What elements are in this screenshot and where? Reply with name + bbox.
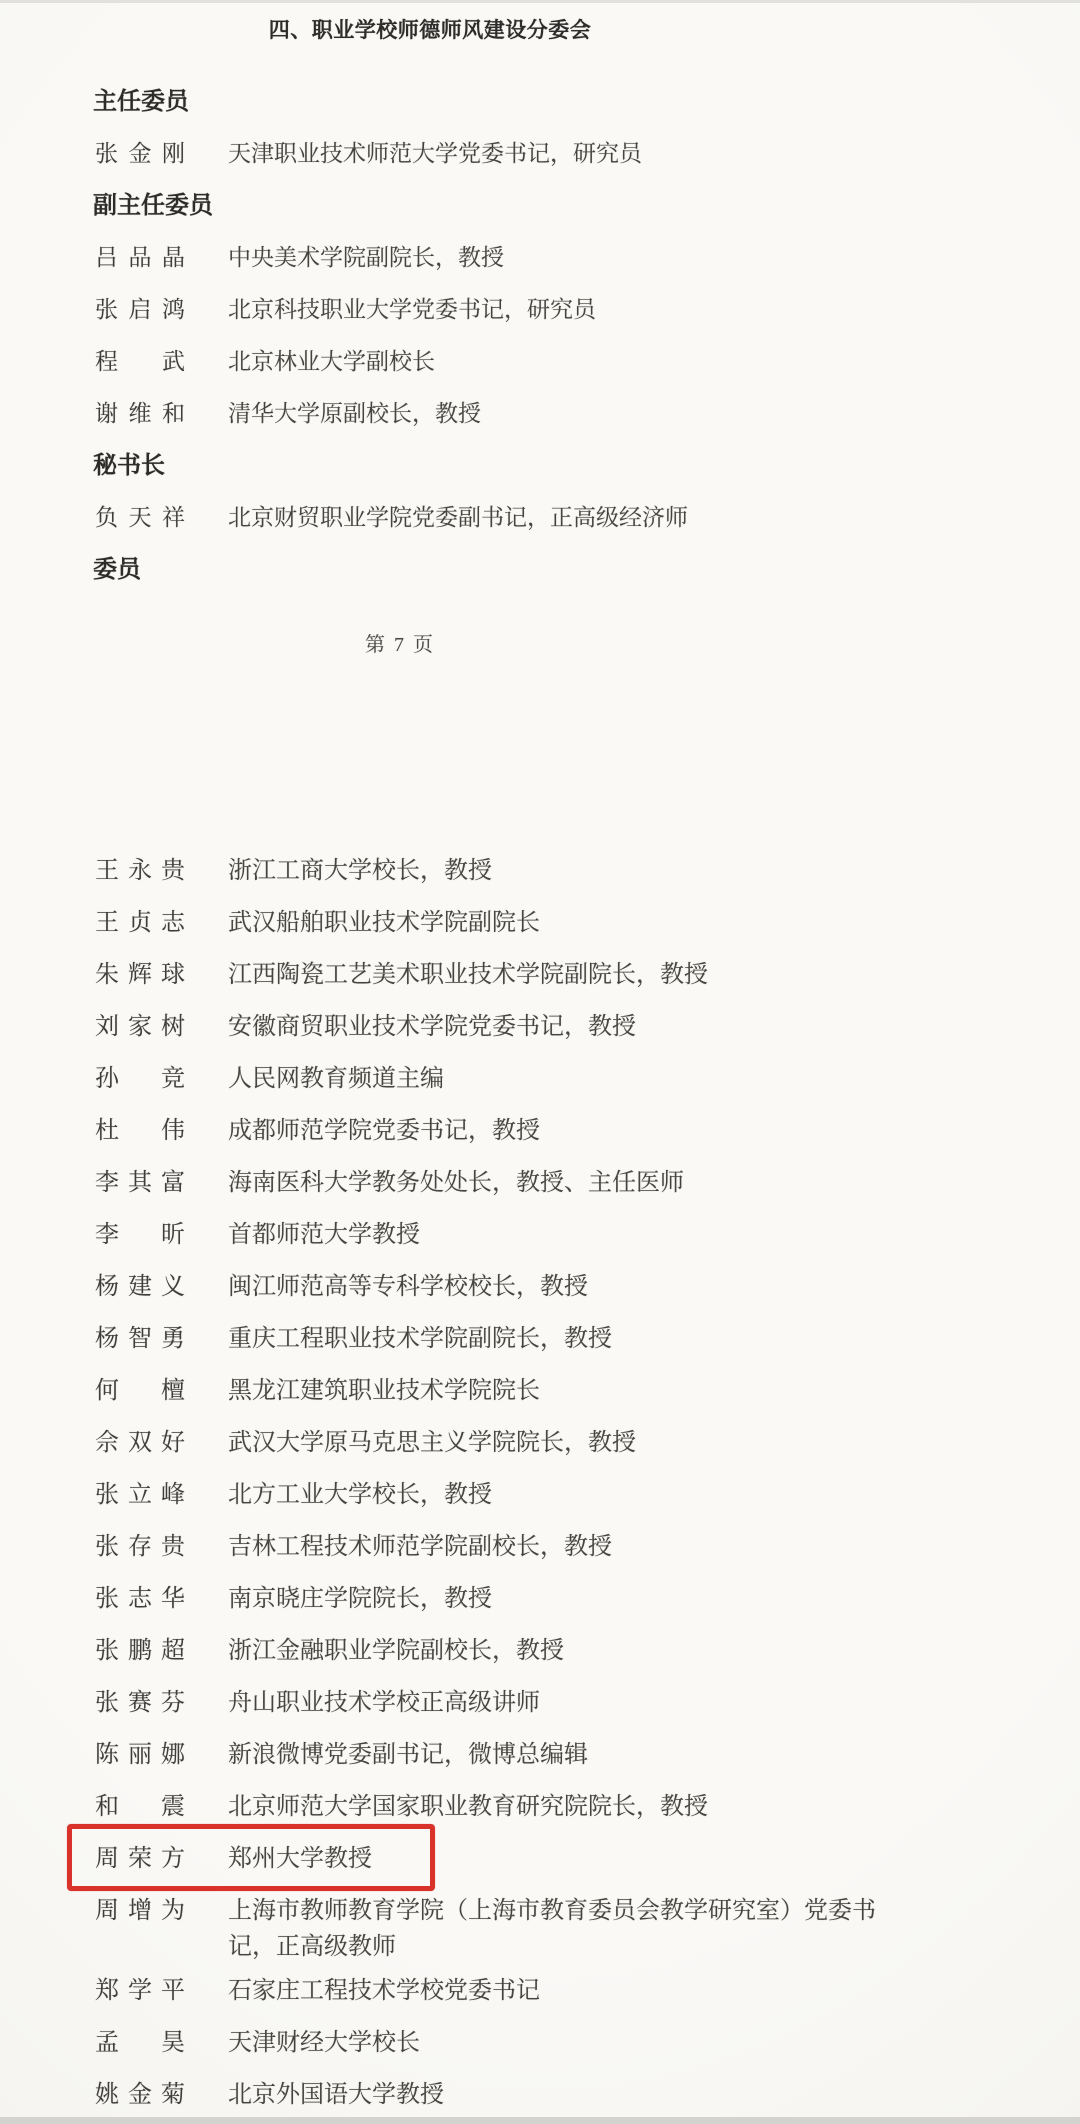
member-role: 清华大学原副校长，教授 [228,397,888,431]
member-name: 和震 [95,1789,185,1825]
section-header: 秘书长 [93,449,1080,483]
member-row: 谢维和清华大学原副校长，教授 [0,397,1080,431]
member-row: 王永贵浙江工商大学校长，教授 [0,853,1080,889]
member-role: 郑州大学教授 [228,1841,888,1877]
member-row: 张赛芬舟山职业技术学校正高级讲师 [0,1685,1080,1721]
member-name: 谢维和 [95,397,185,431]
member-row: 张存贵吉林工程技术师范学院副校长，教授 [0,1529,1080,1565]
member-role: 海南医科大学教务处处长，教授、主任医师 [228,1165,888,1201]
member-role: 北京林业大学副校长 [228,345,888,379]
member-role: 首都师范大学教授 [228,1217,888,1253]
member-row: 张金刚天津职业技术师范大学党委书记，研究员 [0,137,1080,171]
member-role: 江西陶瓷工艺美术职业技术学院副院长，教授 [228,957,888,993]
member-row: 吕品晶中央美术学院副院长，教授 [0,241,1080,275]
member-role: 安徽商贸职业技术学院党委书记，教授 [228,1009,888,1045]
member-row: 王贞志武汉船舶职业技术学院副院长 [0,905,1080,941]
member-name: 张存贵 [95,1529,185,1565]
member-name: 张志华 [95,1581,185,1617]
member-role: 重庆工程职业技术学院副院长，教授 [228,1321,888,1357]
member-name: 李其富 [95,1165,185,1201]
member-row: 郑学平石家庄工程技术学校党委书记 [0,1973,1080,2009]
member-role: 新浪微博党委副书记，微博总编辑 [228,1737,888,1773]
member-role: 石家庄工程技术学校党委书记 [228,1973,888,2009]
member-name: 吕品晶 [95,241,185,275]
member-role: 北京外国语大学教授 [228,2077,888,2113]
section-header: 副主任委员 [93,189,1080,223]
member-row: 张启鸿北京科技职业大学党委书记，研究员 [0,293,1080,327]
member-name: 张启鸿 [95,293,185,327]
member-role: 北京财贸职业学院党委副书记，正高级经济师 [228,501,888,535]
member-role: 成都师范学院党委书记，教授 [228,1113,888,1149]
member-role: 北京科技职业大学党委书记，研究员 [228,293,888,327]
scanned-document-photo: 四、职业学校师德师风建设分委会 主任委员张金刚天津职业技术师范大学党委书记，研究… [0,0,1080,2124]
member-row: 刘家树安徽商贸职业技术学院党委书记，教授 [0,1009,1080,1045]
member-role: 黑龙江建筑职业技术学院院长 [228,1373,888,1409]
member-role: 武汉大学原马克思主义学院院长，教授 [228,1425,888,1461]
section-header: 主任委员 [93,85,1080,119]
member-row: 何檀黑龙江建筑职业技术学院院长 [0,1373,1080,1409]
member-row: 孙竞人民网教育频道主编 [0,1061,1080,1097]
member-row: 周荣方郑州大学教授 [0,1841,1080,1877]
member-name: 张金刚 [95,137,185,171]
document-title: 四、职业学校师德师风建设分委会 [0,0,860,46]
member-name: 周荣方 [95,1841,185,1877]
member-row: 姚金菊北京外国语大学教授 [0,2077,1080,2113]
member-name: 李昕 [95,1217,185,1253]
member-name: 王永贵 [95,853,185,889]
member-role: 浙江工商大学校长，教授 [228,853,888,889]
member-role: 人民网教育频道主编 [228,1061,888,1097]
page-number: 第 7 页 [0,630,800,660]
member-row: 陈丽娜新浪微博党委副书记，微博总编辑 [0,1737,1080,1773]
member-name: 程武 [95,345,185,379]
member-row: 李其富海南医科大学教务处处长，教授、主任医师 [0,1165,1080,1201]
member-name: 何檀 [95,1373,185,1409]
member-row: 杜伟成都师范学院党委书记，教授 [0,1113,1080,1149]
member-name: 杜伟 [95,1113,185,1149]
member-role: 天津职业技术师范大学党委书记，研究员 [228,137,888,171]
member-row: 佘双好武汉大学原马克思主义学院院长，教授 [0,1425,1080,1461]
member-name: 王贞志 [95,905,185,941]
member-role: 天津财经大学校长 [228,2025,888,2061]
member-row: 张鹏超浙江金融职业学院副校长，教授 [0,1633,1080,1669]
member-row: 和震北京师范大学国家职业教育研究院院长，教授 [0,1789,1080,1825]
member-role: 北方工业大学校长，教授 [228,1477,888,1513]
member-row: 张立峰北方工业大学校长，教授 [0,1477,1080,1513]
photo-bottom-edge [0,2117,1080,2124]
member-name: 郑学平 [95,1973,185,2009]
section-header: 委员 [93,553,1080,587]
member-role: 舟山职业技术学校正高级讲师 [228,1685,888,1721]
member-name: 孙竞 [95,1061,185,1097]
member-name: 姚金菊 [95,2077,185,2113]
member-name: 张鹏超 [95,1633,185,1669]
member-row: 张志华南京晓庄学院院长，教授 [0,1581,1080,1617]
member-role: 武汉船舶职业技术学院副院长 [228,905,888,941]
member-role: 闽江师范高等专科学校校长，教授 [228,1269,888,1305]
member-role: 浙江金融职业学院副校长，教授 [228,1633,888,1669]
member-name: 张立峰 [95,1477,185,1513]
member-role: 上海市教师教育学院（上海市教育委员会教学研究室）党委书记，正高级教师 [228,1893,888,1965]
member-row: 程武北京林业大学副校长 [0,345,1080,379]
member-row: 李昕首都师范大学教授 [0,1217,1080,1253]
member-name: 朱辉球 [95,957,185,993]
member-role: 南京晓庄学院院长，教授 [228,1581,888,1617]
member-name: 周增为 [95,1893,185,1929]
page1-committee-sections: 主任委员张金刚天津职业技术师范大学党委书记，研究员副主任委员吕品晶中央美术学院副… [0,85,1080,587]
member-name: 杨建义 [95,1269,185,1305]
member-row: 杨建义闽江师范高等专科学校校长，教授 [0,1269,1080,1305]
member-name: 佘双好 [95,1425,185,1461]
member-row: 杨智勇重庆工程职业技术学院副院长，教授 [0,1321,1080,1357]
member-role: 吉林工程技术师范学院副校长，教授 [228,1529,888,1565]
member-name: 孟昊 [95,2025,185,2061]
member-name: 刘家树 [95,1009,185,1045]
member-row: 孟昊天津财经大学校长 [0,2025,1080,2061]
member-name: 杨智勇 [95,1321,185,1357]
member-row: 周增为上海市教师教育学院（上海市教育委员会教学研究室）党委书记，正高级教师 [0,1893,1080,1965]
member-name: 张赛芬 [95,1685,185,1721]
document-page-1: 四、职业学校师德师风建设分委会 主任委员张金刚天津职业技术师范大学党委书记，研究… [0,0,1080,660]
member-name: 负天祥 [95,501,185,535]
member-row: 负天祥北京财贸职业学院党委副书记，正高级经济师 [0,501,1080,535]
member-row: 朱辉球江西陶瓷工艺美术职业技术学院副院长，教授 [0,957,1080,993]
member-role: 中央美术学院副院长，教授 [228,241,888,275]
document-page-2-member-list: 王永贵浙江工商大学校长，教授王贞志武汉船舶职业技术学院副院长朱辉球江西陶瓷工艺美… [0,853,1080,2113]
member-name: 陈丽娜 [95,1737,185,1773]
member-role: 北京师范大学国家职业教育研究院院长，教授 [228,1789,888,1825]
